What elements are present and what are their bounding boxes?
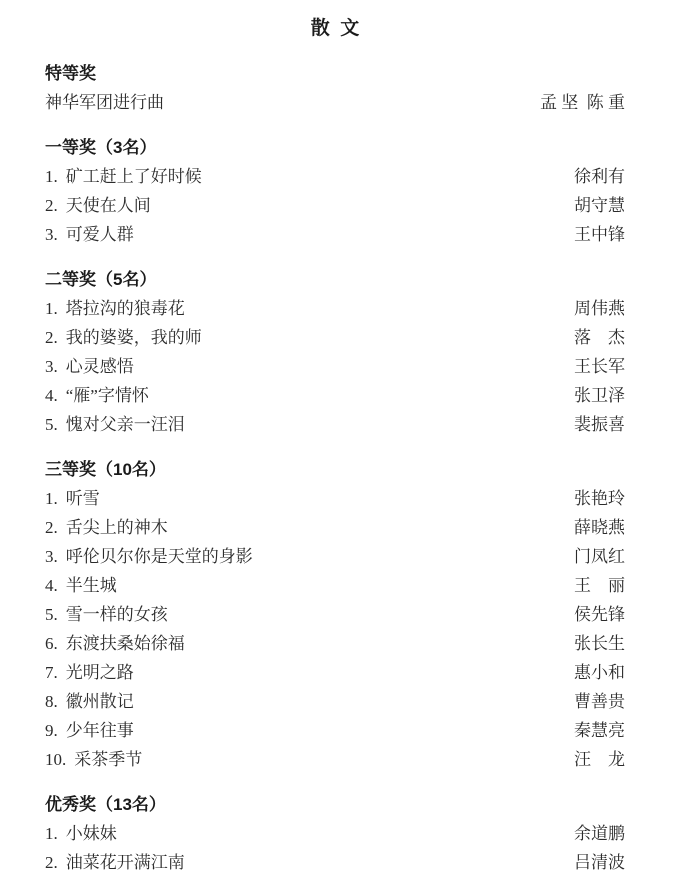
section-entries: 1. 听雪 张艳玲 2. 舌尖上的神木 薛晓燕 3. 呼伦贝尔你是天堂的身影 门… bbox=[45, 484, 625, 774]
entry-author: 胡守慧 bbox=[574, 191, 625, 220]
entry-author: 王中锋 bbox=[574, 220, 625, 249]
entry-author: 吕清波 bbox=[574, 848, 625, 877]
entry-title: 愧对父亲一汪泪 bbox=[66, 410, 185, 439]
entry-row: 6. 东渡扶桑始徐福 张长生 bbox=[45, 629, 625, 658]
entry-author: 落 杰 bbox=[574, 323, 625, 352]
entry-title: 天使在人间 bbox=[66, 191, 151, 220]
section-header: 三等奖（10名） bbox=[45, 455, 625, 484]
entry-title: 心灵感悟 bbox=[66, 352, 134, 381]
entry-title: 可爱人群 bbox=[66, 220, 134, 249]
award-section: 一等奖（3名） 1. 矿工赶上了好时候 徐利有 2. 天使在人间 胡守慧 3. … bbox=[45, 133, 625, 249]
entry-author: 惠小和 bbox=[574, 658, 625, 687]
entry-title: 东渡扶桑始徐福 bbox=[66, 629, 185, 658]
entry-row: 8. 徽州散记 曹善贵 bbox=[45, 687, 625, 716]
entry-number: 1. bbox=[45, 294, 58, 323]
entry-author: 周伟燕 bbox=[574, 294, 625, 323]
entry-author: 张卫泽 bbox=[574, 381, 625, 410]
entry-author: 张艳玲 bbox=[574, 484, 625, 513]
entry-row: 1. 小妹妹 余道鹏 bbox=[45, 819, 625, 848]
entry-title: 矿工赶上了好时候 bbox=[66, 162, 202, 191]
entry-row: 4. “雁”字情怀 张卫泽 bbox=[45, 381, 625, 410]
award-section: 三等奖（10名） 1. 听雪 张艳玲 2. 舌尖上的神木 薛晓燕 3. 呼伦贝尔… bbox=[45, 455, 625, 774]
entry-number: 9. bbox=[45, 716, 58, 745]
entry-author: 秦慧亮 bbox=[574, 716, 625, 745]
entry-number: 5. bbox=[45, 410, 58, 439]
sections: 特等奖 神华军团进行曲 孟 坚 陈 重 一等奖（3名） 1. 矿工赶上了好时候 … bbox=[45, 59, 625, 877]
page-title: 散 文 bbox=[45, 14, 625, 43]
entry-number: 10. bbox=[45, 745, 66, 774]
award-section: 优秀奖（13名） 1. 小妹妹 余道鹏 2. 油菜花开满江南 吕清波 bbox=[45, 790, 625, 877]
entry-author: 侯先锋 bbox=[574, 600, 625, 629]
entry-number: 2. bbox=[45, 323, 58, 352]
entry-author: 门凤红 bbox=[574, 542, 625, 571]
entry-title: 光明之路 bbox=[66, 658, 134, 687]
entry-title: 呼伦贝尔你是天堂的身影 bbox=[66, 542, 253, 571]
section-header: 二等奖（5名） bbox=[45, 265, 625, 294]
entry-row: 2. 天使在人间 胡守慧 bbox=[45, 191, 625, 220]
entry-number: 1. bbox=[45, 484, 58, 513]
entry-author: 薛晓燕 bbox=[574, 513, 625, 542]
entry-number: 3. bbox=[45, 542, 58, 571]
entry-number: 8. bbox=[45, 687, 58, 716]
entry-title: 神华军团进行曲 bbox=[45, 88, 164, 117]
entry-number: 2. bbox=[45, 848, 58, 877]
entry-author: 裴振喜 bbox=[574, 410, 625, 439]
entry-author: 汪 龙 bbox=[574, 745, 625, 774]
award-section: 二等奖（5名） 1. 塔拉沟的狼毒花 周伟燕 2. 我的婆婆，我的师 落 杰 3… bbox=[45, 265, 625, 439]
entry-title: 小妹妹 bbox=[66, 819, 117, 848]
entry-row: 3. 心灵感悟 王长军 bbox=[45, 352, 625, 381]
entry-row: 10. 采茶季节 汪 龙 bbox=[45, 745, 625, 774]
award-section: 特等奖 神华军团进行曲 孟 坚 陈 重 bbox=[45, 59, 625, 117]
entry-row: 1. 矿工赶上了好时候 徐利有 bbox=[45, 162, 625, 191]
entry-title: 我的婆婆，我的师 bbox=[66, 323, 202, 352]
entry-title: 油菜花开满江南 bbox=[66, 848, 185, 877]
entry-title: 少年往事 bbox=[66, 716, 134, 745]
entry-row: 1. 听雪 张艳玲 bbox=[45, 484, 625, 513]
entry-row: 4. 半生城 王 丽 bbox=[45, 571, 625, 600]
entry-author: 曹善贵 bbox=[574, 687, 625, 716]
entry-number: 1. bbox=[45, 162, 58, 191]
entry-row: 7. 光明之路 惠小和 bbox=[45, 658, 625, 687]
section-entries: 1. 塔拉沟的狼毒花 周伟燕 2. 我的婆婆，我的师 落 杰 3. 心灵感悟 王… bbox=[45, 294, 625, 439]
entry-row: 2. 我的婆婆，我的师 落 杰 bbox=[45, 323, 625, 352]
entry-author: 余道鹏 bbox=[574, 819, 625, 848]
entry-number: 2. bbox=[45, 191, 58, 220]
entry-title: 听雪 bbox=[66, 484, 100, 513]
section-entries: 1. 矿工赶上了好时候 徐利有 2. 天使在人间 胡守慧 3. 可爱人群 王中锋 bbox=[45, 162, 625, 249]
section-header: 优秀奖（13名） bbox=[45, 790, 625, 819]
entry-author: 徐利有 bbox=[574, 162, 625, 191]
entry-author: 孟 坚 陈 重 bbox=[540, 88, 625, 117]
entry-title: 舌尖上的神木 bbox=[66, 513, 168, 542]
entry-row: 5. 雪一样的女孩 侯先锋 bbox=[45, 600, 625, 629]
section-header: 一等奖（3名） bbox=[45, 133, 625, 162]
entry-number: 4. bbox=[45, 381, 58, 410]
entry-number: 5. bbox=[45, 600, 58, 629]
entry-title: 徽州散记 bbox=[66, 687, 134, 716]
entry-author: 张长生 bbox=[574, 629, 625, 658]
section-entries: 1. 小妹妹 余道鹏 2. 油菜花开满江南 吕清波 bbox=[45, 819, 625, 877]
document-page: 散 文 特等奖 神华军团进行曲 孟 坚 陈 重 一等奖（3名） 1. 矿工赶上了… bbox=[0, 0, 681, 893]
entry-title: 雪一样的女孩 bbox=[66, 600, 168, 629]
entry-title: “雁”字情怀 bbox=[66, 381, 149, 410]
entry-title: 半生城 bbox=[66, 571, 117, 600]
entry-title: 塔拉沟的狼毒花 bbox=[66, 294, 185, 323]
entry-number: 3. bbox=[45, 220, 58, 249]
entry-row: 3. 可爱人群 王中锋 bbox=[45, 220, 625, 249]
entry-author: 王长军 bbox=[574, 352, 625, 381]
section-header: 特等奖 bbox=[45, 59, 625, 88]
entry-row: 5. 愧对父亲一汪泪 裴振喜 bbox=[45, 410, 625, 439]
entry-title: 采茶季节 bbox=[74, 745, 142, 774]
entry-number: 4. bbox=[45, 571, 58, 600]
entry-row: 神华军团进行曲 孟 坚 陈 重 bbox=[45, 88, 625, 117]
entry-author: 王 丽 bbox=[574, 571, 625, 600]
entry-row: 2. 舌尖上的神木 薛晓燕 bbox=[45, 513, 625, 542]
section-entries: 神华军团进行曲 孟 坚 陈 重 bbox=[45, 88, 625, 117]
entry-number: 1. bbox=[45, 819, 58, 848]
entry-row: 2. 油菜花开满江南 吕清波 bbox=[45, 848, 625, 877]
entry-row: 9. 少年往事 秦慧亮 bbox=[45, 716, 625, 745]
entry-row: 1. 塔拉沟的狼毒花 周伟燕 bbox=[45, 294, 625, 323]
entry-number: 2. bbox=[45, 513, 58, 542]
entry-number: 3. bbox=[45, 352, 58, 381]
entry-number: 6. bbox=[45, 629, 58, 658]
entry-row: 3. 呼伦贝尔你是天堂的身影 门凤红 bbox=[45, 542, 625, 571]
entry-number: 7. bbox=[45, 658, 58, 687]
